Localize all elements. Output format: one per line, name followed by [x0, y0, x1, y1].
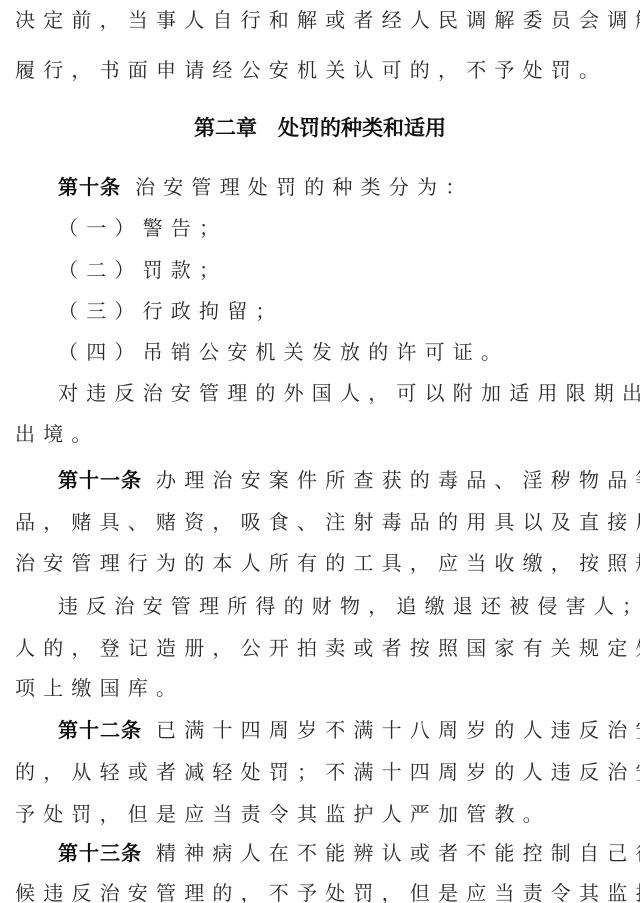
article-text: 办理治安案件所查获的毒品、淫秽物品等违禁 [156, 468, 640, 492]
text-line: 人的，登记造册，公开拍卖或者按照国家有关规定处理，所得款 [15, 634, 627, 662]
text-line: 履行，书面申请经公安机关认可的，不予处罚。 [15, 56, 627, 84]
list-item: （四）吊销公安机关发放的许可证。 [58, 338, 640, 366]
article-12-line: 第十二条已满十四周岁不满十八周岁的人违反治安管理 [58, 716, 640, 744]
text-line: 予处罚，但是应当责令其监护人严加管教。 [15, 800, 627, 828]
article-text: 治安管理处罚的种类分为： [135, 175, 473, 199]
text-line: 决定前，当事人自行和解或者经人民调解委员会调解达成协议并 [15, 6, 627, 34]
article-13-line: 第十三条精神病人在不能辨认或者不能控制自己行为的时 [58, 839, 640, 867]
text-line: 项上缴国库。 [15, 674, 627, 702]
text-line: 出境。 [15, 420, 627, 448]
chapter-heading: 第二章 处罚的种类和适用 [0, 114, 640, 142]
article-text: 已满十四周岁不满十八周岁的人违反治安管理 [156, 718, 640, 742]
text-line: 对违反治安管理的外国人，可以附加适用限期出境或者驱逐 [58, 379, 640, 407]
article-label: 第十一条 [58, 468, 142, 492]
article-11-line: 第十一条办理治安案件所查获的毒品、淫秽物品等违禁 [58, 466, 640, 494]
list-item: （二）罚款； [58, 256, 640, 284]
list-item: （三）行政拘留； [58, 297, 640, 325]
list-item: （一）警告； [58, 214, 640, 242]
document-page: 决定前，当事人自行和解或者经人民调解委员会调解达成协议并 履行，书面申请经公安机… [0, 0, 640, 903]
article-label: 第十三条 [58, 841, 142, 865]
article-text: 精神病人在不能辨认或者不能控制自己行为的时 [156, 841, 640, 865]
text-line: 候违反治安管理的，不予处罚，但是应当责令其监护人严加看管 [15, 879, 627, 903]
text-line: 治安管理行为的本人所有的工具，应当收缴，按照规定处理。 [15, 549, 627, 577]
article-label: 第十二条 [58, 718, 142, 742]
text-line: 品，赌具、赌资，吸食、注射毒品的用具以及直接用于实施违反 [15, 508, 627, 536]
article-10-line: 第十条治安管理处罚的种类分为： [58, 173, 640, 201]
article-label: 第十条 [58, 175, 121, 199]
text-line: 违反治安管理所得的财物，追缴退还被侵害人；没有被侵害 [58, 592, 640, 620]
text-line: 的，从轻或者减轻处罚；不满十四周岁的人违反治安管理的，不 [15, 758, 627, 786]
